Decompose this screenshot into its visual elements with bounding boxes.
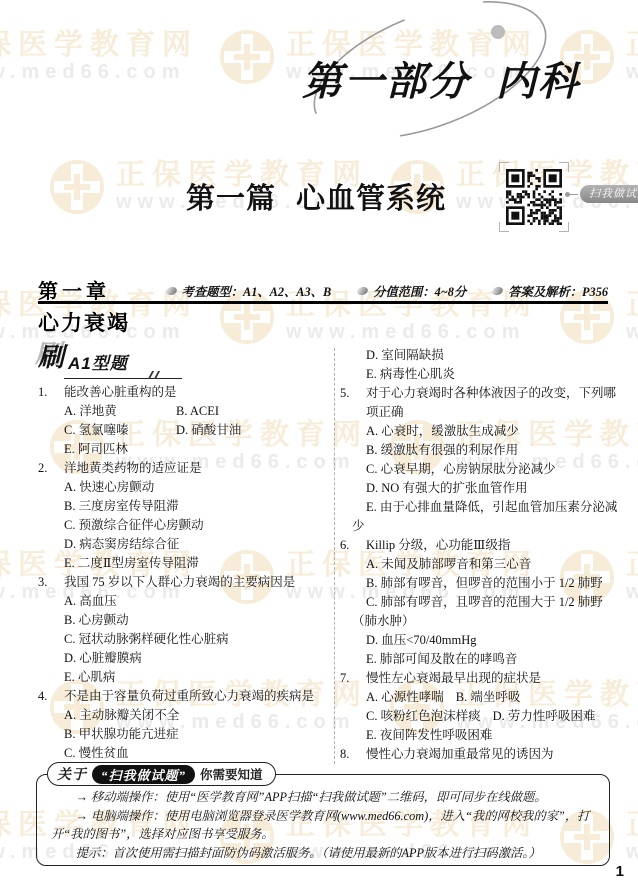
option-line: E. 肺部可闻及散在的哮鸣音 <box>340 650 623 669</box>
question-text: 能改善心脏重构的是 <box>64 385 177 399</box>
question-column-right: D. 室间隔缺损E. 病毒性心肌炎5.对于心力衰竭时各种体液因子的改变，下列哪项… <box>340 346 623 764</box>
question-stem: 2.洋地黄类药物的适应证是 <box>38 459 330 478</box>
scan-notice-box: 关于 “扫我做试题” 你需要知道 → 移动端操作：使用“医学教育网”APP扫描“… <box>36 774 610 866</box>
leaf-bullet-icon <box>491 285 504 296</box>
qr-code <box>502 165 566 229</box>
meta-item: 答案及解析：P356 <box>492 282 608 300</box>
question-text: 洋地黄类药物的适应证是 <box>64 461 202 475</box>
option-line: B. 甲状腺功能亢进症 <box>38 725 330 744</box>
option-line: D. 心脏瓣膜病 <box>38 649 330 668</box>
question-number: 1. <box>38 383 64 402</box>
option-line: E. 二度Ⅱ型房室传导阻滞 <box>38 554 330 573</box>
chapter-divider-rule <box>38 301 608 304</box>
question-column-left: 刷 A1型题 1.能改善心脏重构的是A. 洋地黄B. ACEIC. 氢氯噻嗪D.… <box>38 346 330 764</box>
option-line: D. 病态窦房结综合征 <box>38 535 330 554</box>
option-line: E. 心肌病 <box>38 668 330 687</box>
option-pair-line: C. 氢氯噻嗪D. 硝酸甘油 <box>38 421 330 440</box>
option-line: D. 血压<70/40mmHg <box>340 631 623 650</box>
option-line: B. 肺部有啰音，但啰音的范围小于 1/2 肺野 <box>340 574 623 593</box>
marker-underline <box>64 378 182 379</box>
part-title-number: 第一部分 <box>302 60 470 104</box>
option-line: E. 由于心排血量降低，引起血管加压素分泌减少 <box>340 498 623 536</box>
chapter-subject-title: 心力衰竭 <box>38 307 130 337</box>
option-line: A. 未闻及肺部啰音和第三心音 <box>340 555 623 574</box>
watermark-url-text: www.med66.com <box>286 320 538 344</box>
notice-line-tip: 提示：首次使用需扫描封面防伪码激活服务。（请使用最新的APP版本进行扫码激活。） <box>51 844 595 863</box>
question-number: 7. <box>340 669 366 688</box>
chapter-number: 第一章 <box>38 275 110 304</box>
option-line: B. 缓激肽有很强的利尿作用 <box>340 441 623 460</box>
option-line: E. 病毒性心肌炎 <box>340 365 623 384</box>
brush-badge: 刷 <box>38 348 64 367</box>
option-item: B. ACEI <box>176 402 330 421</box>
option-line: B. 心房颤动 <box>38 611 330 630</box>
qr-scan-label: 扫我做试题 <box>580 185 638 203</box>
gray-dot-decoration <box>491 25 505 39</box>
option-line: C. 心衰早期，心房钠尿肽分泌减少 <box>340 460 623 479</box>
column-divider <box>334 348 335 764</box>
option-item: D. 劳力性呼吸困难 <box>493 707 623 726</box>
option-item: C. 氢氯噻嗪 <box>64 421 164 440</box>
question-number: 3. <box>38 573 64 592</box>
option-line: D. NO 有强大的扩张血管作用 <box>340 479 623 498</box>
option-line: B. 三度房室传导阻滞 <box>38 497 330 516</box>
watermark-url-text: www.med66.com <box>626 580 638 604</box>
question-type-marker: 刷 A1型题 <box>38 346 330 383</box>
watermark-brand-text: 正保医学教育网 <box>626 30 638 60</box>
question-text: 慢性左心衰竭最早出现的症状是 <box>366 671 541 685</box>
option-line: A. 主动脉瓣关闭不全 <box>38 706 330 725</box>
qr-connector-line <box>568 194 578 195</box>
question-type-label: A1型题 <box>68 354 128 373</box>
option-pair-line: A. 洋地黄B. ACEI <box>38 402 330 421</box>
watermark-brand-text: 正保医学教育网 <box>626 810 638 840</box>
question-text: 我国 75 岁以下人群心力衰竭的主要病因是 <box>64 575 295 589</box>
watermark-url-text: www.med66.com <box>626 320 638 344</box>
option-pair-line: A. 心源性哮喘B. 端坐呼吸 <box>340 688 623 707</box>
option-line: C. 冠状动脉粥样硬化性心脏病 <box>38 630 330 649</box>
question-number: 4. <box>38 687 64 706</box>
meta-item: 分值范围：4~8分 <box>357 282 466 300</box>
option-line: C. 慢性贫血 <box>38 744 330 763</box>
notice-line-mobile: → 移动端操作：使用“医学教育网”APP扫描“扫我做试题”二维码，即可同步在线做… <box>51 788 595 807</box>
option-line: D. 室间隔缺损 <box>340 346 623 365</box>
option-line: C. 肺部有啰音，且啰音的范围大于 1/2 肺野（肺水肿） <box>340 593 623 631</box>
question-stem: 6.Killip 分级，心功能Ⅲ级指 <box>340 536 623 555</box>
part-title: 第一部分内科 <box>302 50 580 107</box>
meta-score-range: 分值范围：4~8分 <box>373 282 466 300</box>
chapter-meta: 考查题型：A1、A2、A3、B 分值范围：4~8分 答案及解析：P356 <box>166 282 608 300</box>
question-number: 5. <box>340 384 366 403</box>
question-text: 慢性心力衰竭加重最常见的诱因为 <box>366 747 554 761</box>
question-stem: 3.我国 75 岁以下人群心力衰竭的主要病因是 <box>38 573 330 592</box>
watermark-url-text: www.med66.com <box>0 60 198 84</box>
option-line: A. 快速心房颤动 <box>38 478 330 497</box>
question-text: 对于心力衰竭时各种体液因子的改变，下列哪项正确 <box>366 386 616 419</box>
brand-watermark: 正保医学教育网www.med66.com <box>0 30 198 84</box>
section-name: 心血管系统 <box>296 183 446 215</box>
option-item: A. 洋地黄 <box>64 402 164 421</box>
option-pair-line: C. 咳粉红色泡沫样痰D. 劳力性呼吸困难 <box>340 707 623 726</box>
question-text: 不是由于容量负荷过重所致心力衰竭的疾病是 <box>64 689 314 703</box>
option-item: D. 硝酸甘油 <box>176 421 330 440</box>
part-title-subject: 内科 <box>496 60 580 104</box>
question-stem: 5.对于心力衰竭时各种体液因子的改变，下列哪项正确 <box>340 384 623 422</box>
leaf-bullet-icon <box>165 285 178 296</box>
watermark-url-text: www.med66.com <box>626 60 638 84</box>
question-text: Killip 分级，心功能Ⅲ级指 <box>366 538 510 552</box>
meta-item: 考查题型：A1、A2、A3、B <box>166 282 332 300</box>
question-number: 6. <box>340 536 366 555</box>
question-stem: 7.慢性左心衰竭最早出现的症状是 <box>340 669 623 688</box>
question-stem: 1.能改善心脏重构的是 <box>38 383 330 402</box>
notice-body: → 移动端操作：使用“医学教育网”APP扫描“扫我做试题”二维码，即可同步在线做… <box>37 775 609 862</box>
med66-logo-icon <box>220 30 274 84</box>
med66-logo-icon <box>50 160 104 214</box>
question-number: 2. <box>38 459 64 478</box>
option-item: B. 端坐呼吸 <box>456 688 623 707</box>
option-line: E. 夜间阵发性呼吸困难 <box>340 726 623 745</box>
qr-modules <box>506 169 562 225</box>
option-item: C. 咳粉红色泡沫样痰 <box>366 707 481 726</box>
question-number: 8. <box>340 745 366 764</box>
notice-line-pc: → 电脑端操作：使用电脑浏览器登录医学教育网(www.med66.com)，进入… <box>51 807 595 844</box>
notice-header-tab: 关于 “扫我做试题” 你需要知道 <box>47 762 276 786</box>
watermark-brand-text: 正保医学教育网 <box>626 290 638 320</box>
watermark-url-text: www.med66.com <box>626 840 638 864</box>
question-area: 刷 A1型题 1.能改善心脏重构的是A. 洋地黄B. ACEIC. 氢氯噻嗪D.… <box>38 346 623 764</box>
meta-exam-types: 考查题型：A1、A2、A3、B <box>182 282 332 300</box>
option-line: C. 预激综合征伴心房颤动 <box>38 516 330 535</box>
question-stem: 4.不是由于容量负荷过重所致心力衰竭的疾病是 <box>38 687 330 706</box>
section-title: 第一篇心血管系统 <box>186 176 446 217</box>
leaf-bullet-icon <box>356 285 369 296</box>
notice-badge: “扫我做试题” <box>92 765 195 784</box>
section-label: 第一篇 <box>186 183 276 215</box>
option-line: A. 心衰时，缓激肽生成减少 <box>340 422 623 441</box>
question-stem: 8.慢性心力衰竭加重最常见的诱因为 <box>340 745 623 764</box>
meta-answer-page: 答案及解析：P356 <box>508 282 608 300</box>
watermark-brand-text: 正保医学教育网 <box>626 550 638 580</box>
option-item: A. 心源性哮喘 <box>366 688 444 707</box>
notice-suffix: 你需要知道 <box>200 765 263 783</box>
option-line: E. 阿司匹林 <box>38 440 330 459</box>
page-number: 1 <box>616 863 624 880</box>
notice-prefix: 关于 <box>57 764 87 784</box>
option-line: A. 高血压 <box>38 592 330 611</box>
watermark-brand-text: 正保医学教育网 <box>0 30 198 60</box>
